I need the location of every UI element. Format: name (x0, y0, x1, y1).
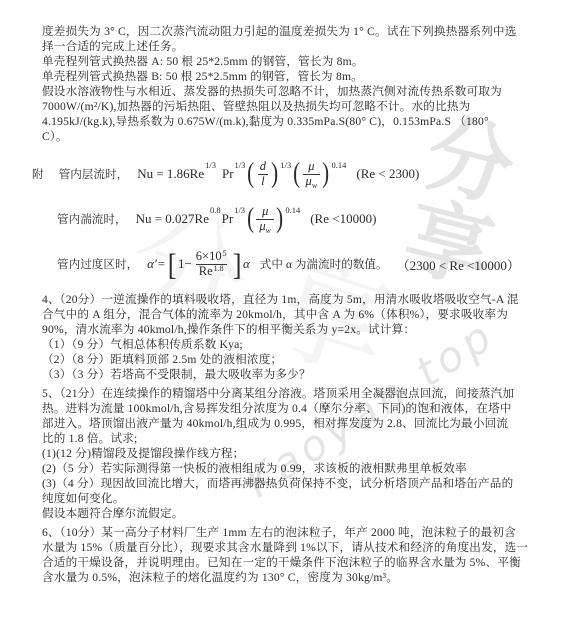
intro-line: 7000W/(m²/K),加热器的污垢热阻、管壁热阻以及热损失均可忽略不计。水的… (42, 99, 552, 114)
question-5-line: 比的 1.8 倍。试求; (42, 431, 552, 446)
mantissa: 6×10 (196, 249, 222, 263)
alpha-prime-lhs: α′= (147, 256, 165, 272)
intro-line: 4.195kJ/(kg.k),导热系数为 0.675W/(m.k),黏度为 0.… (42, 114, 552, 129)
equation-lead: Nu = 1.86Re (137, 166, 204, 182)
left-paren: ( (293, 160, 300, 188)
question-6-line: 合适的干燥设备，并说明理由。已知在一定的干燥条件下泡沫粒子的临界含水量为 5%、… (42, 555, 552, 570)
intro-line: 假设水溶液物性与水相近、蒸发器的热损失可忽略不计，加热蒸汽侧对流传热系数可取为 (42, 84, 552, 99)
question-5-line: 热。进料为流量 100kmol/h,含易挥发组分浓度为 0.4（摩尔分率、下同)… (42, 401, 552, 416)
mu-symbol: μ (259, 219, 265, 233)
transition-equation: α′= [ 1− 6×105 Re1.8 ] α (147, 249, 250, 280)
fraction-denominator: l (258, 174, 267, 189)
question-5-subitem: 纯度如何变化。 (42, 491, 552, 506)
left-bracket: [ (167, 249, 176, 280)
viscosity-ratio-fraction: μ μw (303, 160, 321, 189)
question-6-line: 含水量为 0.5%，泡沫粒子的熔化温度约为 130° C，密度为 30kg/m³… (42, 570, 552, 585)
intro-line: 度差损失为 3° C，因二次蒸汽流动阻力引起的温度差损失为 1° C。试在下列换… (42, 24, 552, 39)
question-4-subitem: （3）（3 分）若塔高不受限制，最大吸收率为多少？ (42, 367, 552, 382)
formula-condition-label: 管内过度区时， (57, 256, 138, 272)
formula-laminar-flow: 附 管内层流时， Nu = 1.86Re1/3 Pr1/3 ( d l )1/3… (32, 150, 552, 198)
fraction-denominator: Re1.8 (196, 264, 227, 279)
question-5: 5、（21分）在连续操作的精馏塔中分离某组分溶液。塔顶采用全凝器泡点回流，间接蒸… (42, 386, 552, 521)
pr-exponent: 1/3 (234, 205, 245, 215)
right-paren: ) (276, 205, 283, 233)
fraction-numerator: d (257, 160, 269, 174)
formula-turbulent-flow: 管内湍流时， Nu = 0.027Re0.8 Pr1/3 ( μ μw )0.1… (57, 198, 552, 240)
intro-line: 单壳程列管式换热器 A: 50 根 25*2.5mm 的钢管，管长为 8m。 (42, 54, 552, 69)
left-paren: ( (247, 205, 254, 233)
reynolds-symbol: Re (199, 264, 213, 278)
fraction-numerator: μ (259, 205, 271, 219)
intro-paragraph: 度差损失为 3° C，因二次蒸汽流动阻力引起的温度差损失为 1° C。试在下列换… (42, 24, 552, 144)
power-exponent: 5 (223, 249, 227, 258)
pr-exponent: 1/3 (235, 160, 246, 170)
question-4-subitem: （1）（9 分）气相总体积传质系数 Kya; (42, 337, 552, 352)
prandtl-term: Pr (222, 166, 234, 182)
viscosity-ratio-fraction: μ μw (256, 205, 274, 234)
re-exponent: 1.8 (214, 264, 224, 273)
fraction-numerator: μ (305, 160, 317, 174)
question-6: 6、（10分）某一高分子材料厂生产 1mm 左右的泡沫粒子，年产 2000 吨，… (42, 525, 552, 585)
intro-line: 择一合适的完成上述任务。 (42, 39, 552, 54)
fraction-numerator: 6×105 (193, 250, 230, 264)
reynolds-range: (Re <10000) (310, 211, 376, 227)
right-paren: ) (322, 160, 329, 188)
wall-subscript: w (266, 226, 271, 235)
alpha-factor: α (243, 256, 250, 272)
fraction-exponent: 0.14 (285, 205, 300, 215)
formula-attachment-label: 附 (32, 166, 44, 182)
question-6-line: 水量为 15%（质量百分比），现要求其含水量降到 1%以下，请从技术和经济的角度… (42, 540, 552, 555)
wall-subscript: w (312, 181, 317, 190)
diameter-length-fraction: d l (257, 160, 269, 189)
question-4-line: 90%，清水流率为 40kmol/h,操作条件下的相平衡关系为 y=2x。试计算… (42, 322, 552, 337)
question-5-line: 5、（21分）在连续操作的精馏塔中分离某组分溶液。塔顶采用全凝器泡点回流，间接蒸… (42, 386, 552, 401)
question-4: 4、（20分）一逆流操作的填料吸收塔，直径为 1m，高度为 5m，用清水吸收塔吸… (42, 292, 552, 382)
fraction-exponent: 1/3 (280, 160, 291, 170)
question-5-subitem: (3)（4 分）现因故回流比增大，而塔再沸器热负荷保持不变，试分析塔顶产品和塔缶… (42, 476, 552, 491)
document-content: 度差损失为 3° C，因二次蒸汽流动阻力引起的温度差损失为 1° C。试在下列换… (42, 24, 552, 585)
formula-transition-region: 管内过度区时， α′= [ 1− 6×105 Re1.8 ] α 式中 α 为湍… (57, 240, 552, 288)
fraction-denominator: μw (256, 219, 274, 234)
intro-line: 单壳程列管式换热器 B: 50 根 25*2.5mm 的钢管，管长为 8m。 (42, 69, 552, 84)
question-6-line: 6、（10分）某一高分子材料厂生产 1mm 左右的泡沫粒子，年产 2000 吨，… (42, 525, 552, 540)
laminar-equation: Nu = 1.86Re1/3 Pr1/3 ( d l )1/3 ( μ μw )… (137, 160, 347, 189)
fraction-exponent: 0.14 (331, 160, 346, 170)
reynolds-range: (Re < 2300) (356, 166, 419, 182)
left-paren: ( (248, 160, 255, 188)
correction-fraction: 6×105 Re1.8 (193, 250, 230, 279)
turbulent-equation: Nu = 0.027Re0.8 Pr1/3 ( μ μw )0.14 (136, 205, 302, 234)
question-4-subitem: （2）（8 分）距填料顶部 2.5m 处的液相浓度； (42, 352, 552, 367)
scanned-exam-page: 分享 分享 Kaoyan.top 度差损失为 3° C，因二次蒸汽流动阻力引起的… (0, 0, 579, 625)
fraction-denominator: μw (303, 174, 321, 189)
formula-explanation: 式中 α 为湍流时的数值。 (260, 256, 388, 272)
inner-lead: 1− (178, 256, 192, 272)
right-paren: ) (271, 160, 278, 188)
question-5-note: 假设本题符合摩尔流假定。 (42, 506, 552, 521)
question-5-subitem: (2)（5 分）若实际测得第一快板的液相组成为 0.99，求该板的液相默弗里单板… (42, 461, 552, 476)
re-exponent: 1/3 (205, 160, 216, 170)
equation-lead: Nu = 0.027Re (136, 211, 209, 227)
prandtl-term: Pr (222, 211, 234, 227)
question-4-line: 合气中的 A 组分，混合气体的流率为 20kmol/h，其中含 A 为 6%（体… (42, 307, 552, 322)
formula-condition-label: 管内层流时， (59, 166, 129, 182)
question-5-subitem: (1)(12 分)精馏段及提馏段操作线方程； (42, 446, 552, 461)
intro-line: C）。 (42, 129, 552, 144)
right-bracket: ] (232, 249, 241, 280)
mu-symbol: μ (306, 174, 312, 188)
formula-condition-label: 管内湍流时， (57, 211, 127, 227)
question-5-line: 部进入。塔顶馏出液产量为 40kmol/h,组成为 0.995，相对挥发度为 2… (42, 416, 552, 431)
question-4-line: 4、（20分）一逆流操作的填料吸收塔，直径为 1m，高度为 5m，用清水吸收塔吸… (42, 292, 552, 307)
re-exponent: 0.8 (210, 205, 221, 215)
reynolds-range: （2300 < Re <10000） (397, 255, 520, 274)
